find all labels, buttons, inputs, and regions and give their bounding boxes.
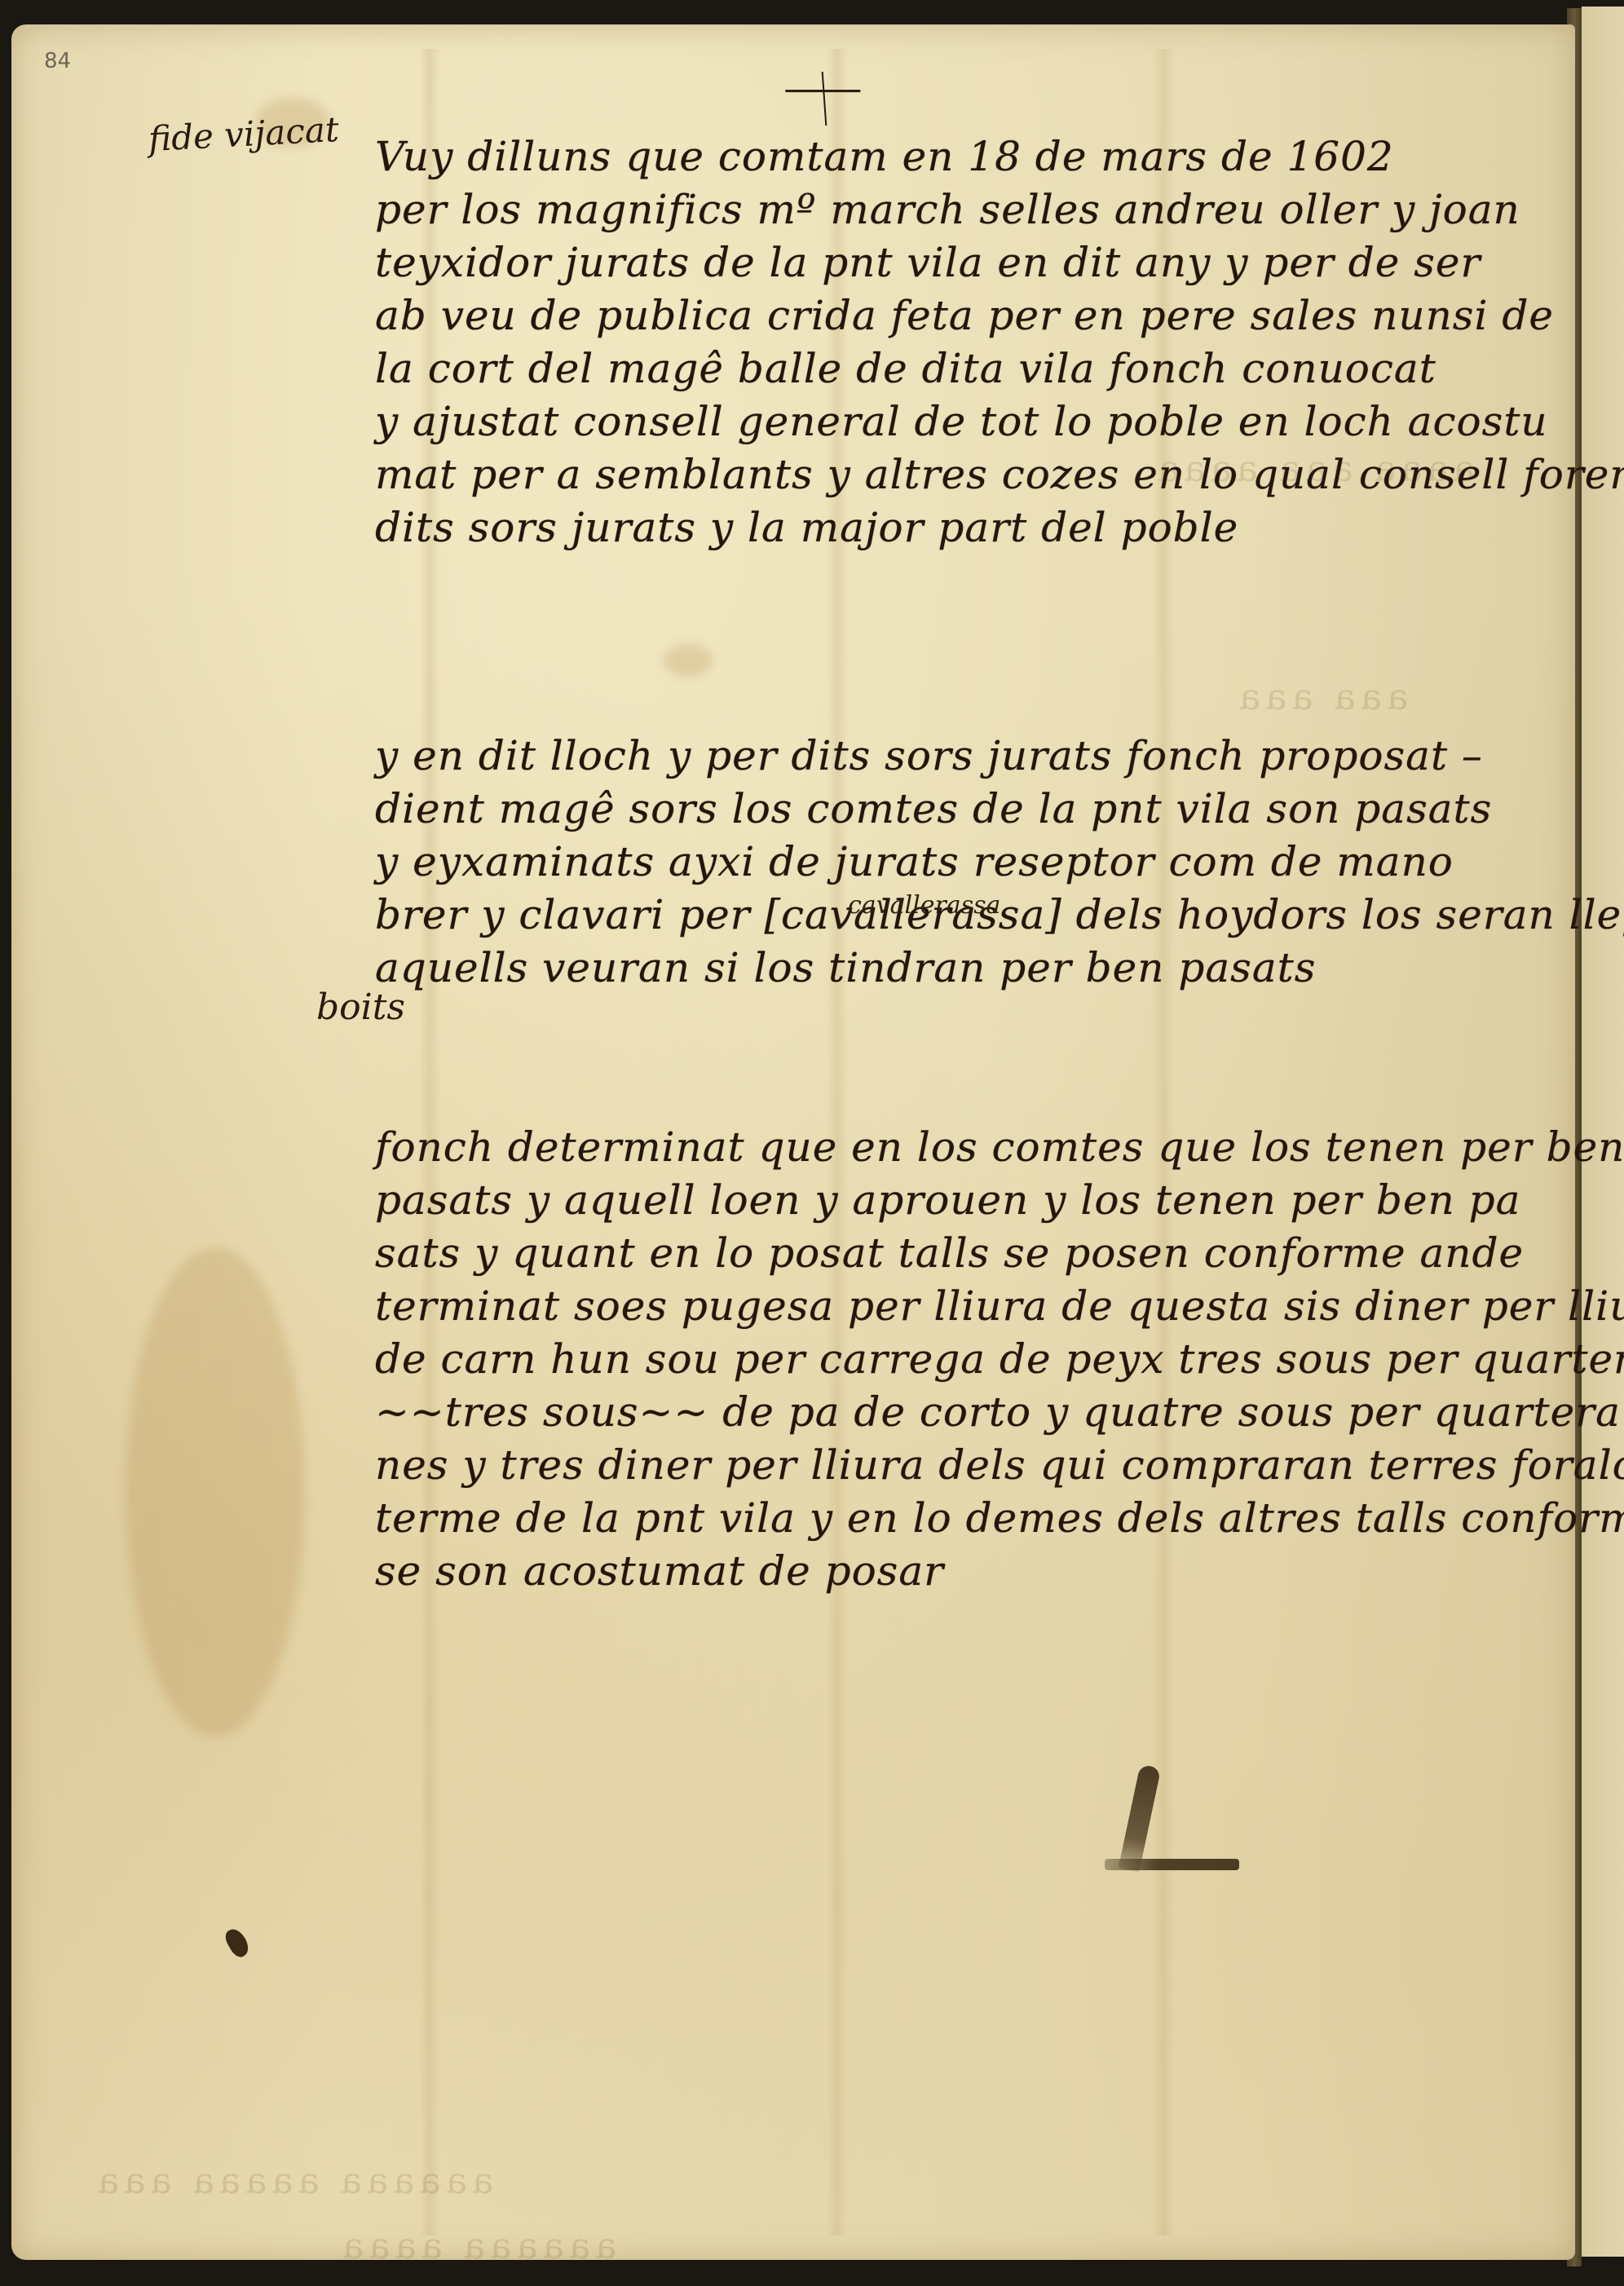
interlinear-insertion: cavallerassa	[848, 891, 1000, 920]
text-line: la cort del magê balle de dita vila fonc…	[375, 342, 1549, 395]
text-line: terme de la pnt vila y en lo demes dels …	[375, 1492, 1549, 1545]
text-line: terminat soes pugesa per lliura de quest…	[375, 1280, 1549, 1333]
margin-note-middle: boits	[316, 986, 405, 1028]
text-line: se son acostumat de posar	[375, 1545, 1549, 1598]
text-line: y eyxaminats ayxi de jurats reseptor com…	[375, 836, 1549, 889]
text-line: y ajustat consell general de tot lo pobl…	[375, 395, 1549, 448]
text-line: sats y quant en lo posat talls se posen …	[375, 1227, 1549, 1280]
text-line: nes y tres diner per lliura dels qui com…	[375, 1439, 1549, 1492]
folio-number: 84	[44, 49, 71, 73]
text-line: teyxidor jurats de la pnt vila en dit an…	[375, 236, 1549, 289]
text-line: dient magê sors los comtes de la pnt vil…	[375, 783, 1549, 836]
text-line: fonch determinat que en los comtes que l…	[375, 1121, 1549, 1174]
text-line: Vuy dilluns que comtam en 18 de mars de …	[375, 130, 1549, 183]
paragraph-2: y en dit lloch y per dits sors jurats fo…	[375, 730, 1549, 995]
text-line: ab veu de publica crida feta per en pere…	[375, 289, 1549, 342]
water-stain	[126, 1247, 305, 1737]
text-line: aquells veuran si los tindran per ben pa…	[375, 942, 1549, 995]
text-line: de carn hun sou per carrega de peyx tres…	[375, 1333, 1549, 1386]
bleed-through-text: aaaaaa aaaa	[338, 2226, 616, 2267]
text-line: per los magnifics mº march selles andreu…	[375, 183, 1549, 236]
text-line: pasats y aquell loen y aprouen y los ten…	[375, 1174, 1549, 1227]
signum-mark-stroke	[1105, 1859, 1239, 1870]
water-stain	[664, 644, 713, 677]
bleed-through-text: aaa aaa	[1234, 677, 1408, 718]
text-line: y en dit lloch y per dits sors jurats fo…	[375, 730, 1549, 783]
text-line: dits sors jurats y la major part del pob…	[375, 501, 1549, 554]
text-line: ~~tres sous~~ de pa de corto y quatre so…	[375, 1386, 1549, 1439]
bleed-through-text: aaaaaa aaaaa aaa	[93, 2160, 493, 2202]
paragraph-3: fonch determinat que en los comtes que l…	[375, 1121, 1549, 1598]
paragraph-1: Vuy dilluns que comtam en 18 de mars de …	[375, 130, 1549, 554]
text-line: mat per a semblants y altres cozes en lo…	[375, 448, 1549, 501]
